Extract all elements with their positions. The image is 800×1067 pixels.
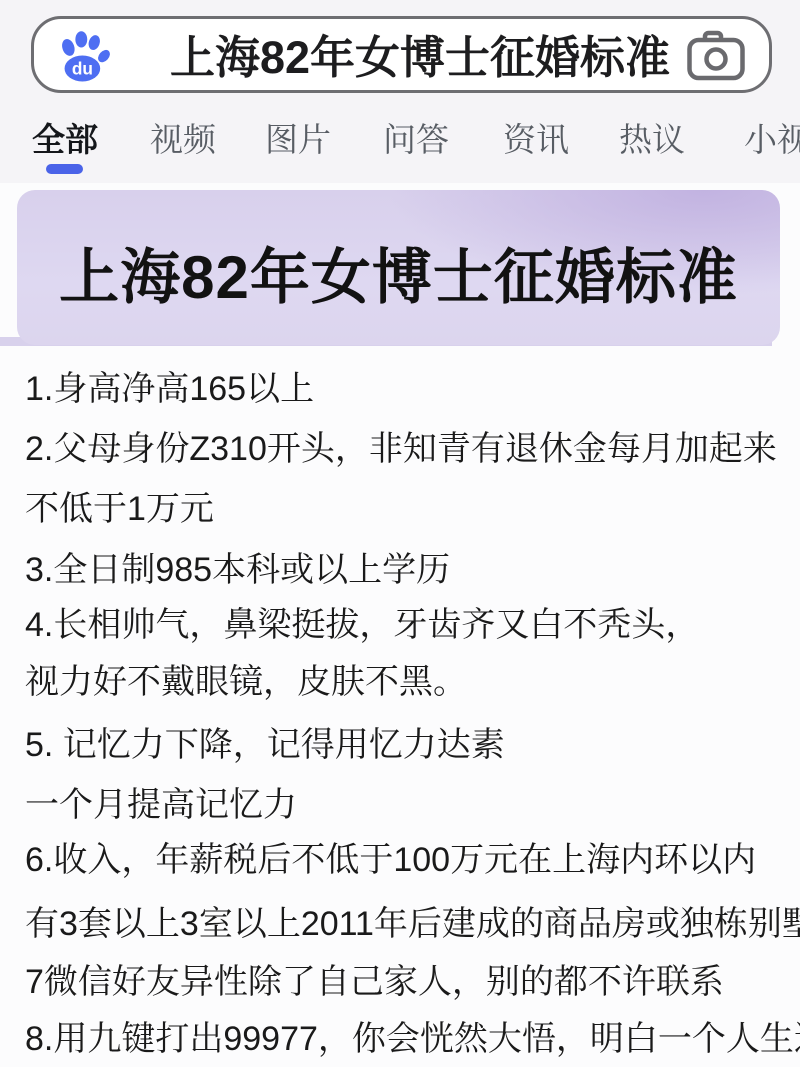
tab-all[interactable]: 全部: [32, 121, 98, 159]
image-title-card: 上海82年女博士征婚标准: [17, 190, 780, 345]
criteria-line: 5. 记忆力下降，记得用忆力达素: [25, 717, 505, 766]
tab-short-video[interactable]: 小视频: [744, 121, 800, 159]
tab-video[interactable]: 视频: [150, 121, 216, 159]
result-image[interactable]: 上海82年女博士征婚标准 1.身高净高165以上 2.父母身份Z310开头，非知…: [0, 183, 800, 1067]
active-tab-indicator: [46, 164, 83, 174]
tab-hot[interactable]: 热议: [619, 121, 685, 159]
tab-images[interactable]: 图片: [265, 121, 331, 159]
search-bar[interactable]: du 上海82年女博士征婚标准: [31, 16, 772, 93]
baidu-search-results-page: du 上海82年女博士征婚标准 全部 视频 图片 问答 资讯 热议 小视频 上海…: [0, 0, 800, 1067]
tab-bar: 全部 视频 图片 问答 资讯 热议 小视频: [0, 112, 800, 183]
criteria-line: 4.长相帅气，鼻梁挺拔，牙齿齐又白不秃头，: [25, 597, 699, 646]
criteria-line: 3.全日制985本科或以上学历: [25, 542, 450, 591]
criteria-line: 8.用九键打出99977，你会恍然大悟，明白一个人生道理: [25, 1011, 800, 1060]
criteria-line: 7微信好友异性除了自己家人，别的都不许联系: [25, 954, 724, 1003]
criteria-line: 有3套以上3室以上2011年后建成的商品房或独栋别墅: [25, 896, 800, 945]
svg-text:du: du: [72, 58, 93, 78]
criteria-line: 1.身高净高165以上: [25, 361, 314, 410]
camera-search-icon[interactable]: [686, 30, 746, 82]
tab-news[interactable]: 资讯: [503, 121, 569, 159]
baidu-paw-icon: du: [57, 28, 111, 82]
criteria-line: 视力好不戴眼镜，皮肤不黑。: [25, 654, 467, 703]
tab-qa[interactable]: 问答: [383, 121, 449, 159]
search-query[interactable]: 上海82年女博士征婚标准: [170, 21, 670, 86]
criteria-line: 一个月提高记忆力: [25, 777, 297, 826]
criteria-line: 不低于1万元: [25, 481, 214, 530]
criteria-line: 6.收入，年薪税后不低于100万元在上海内环以内: [25, 832, 756, 881]
criteria-line: 2.父母身份Z310开头，非知青有退休金每月加起来: [25, 421, 777, 470]
image-title: 上海82年女博士征婚标准: [59, 220, 738, 316]
